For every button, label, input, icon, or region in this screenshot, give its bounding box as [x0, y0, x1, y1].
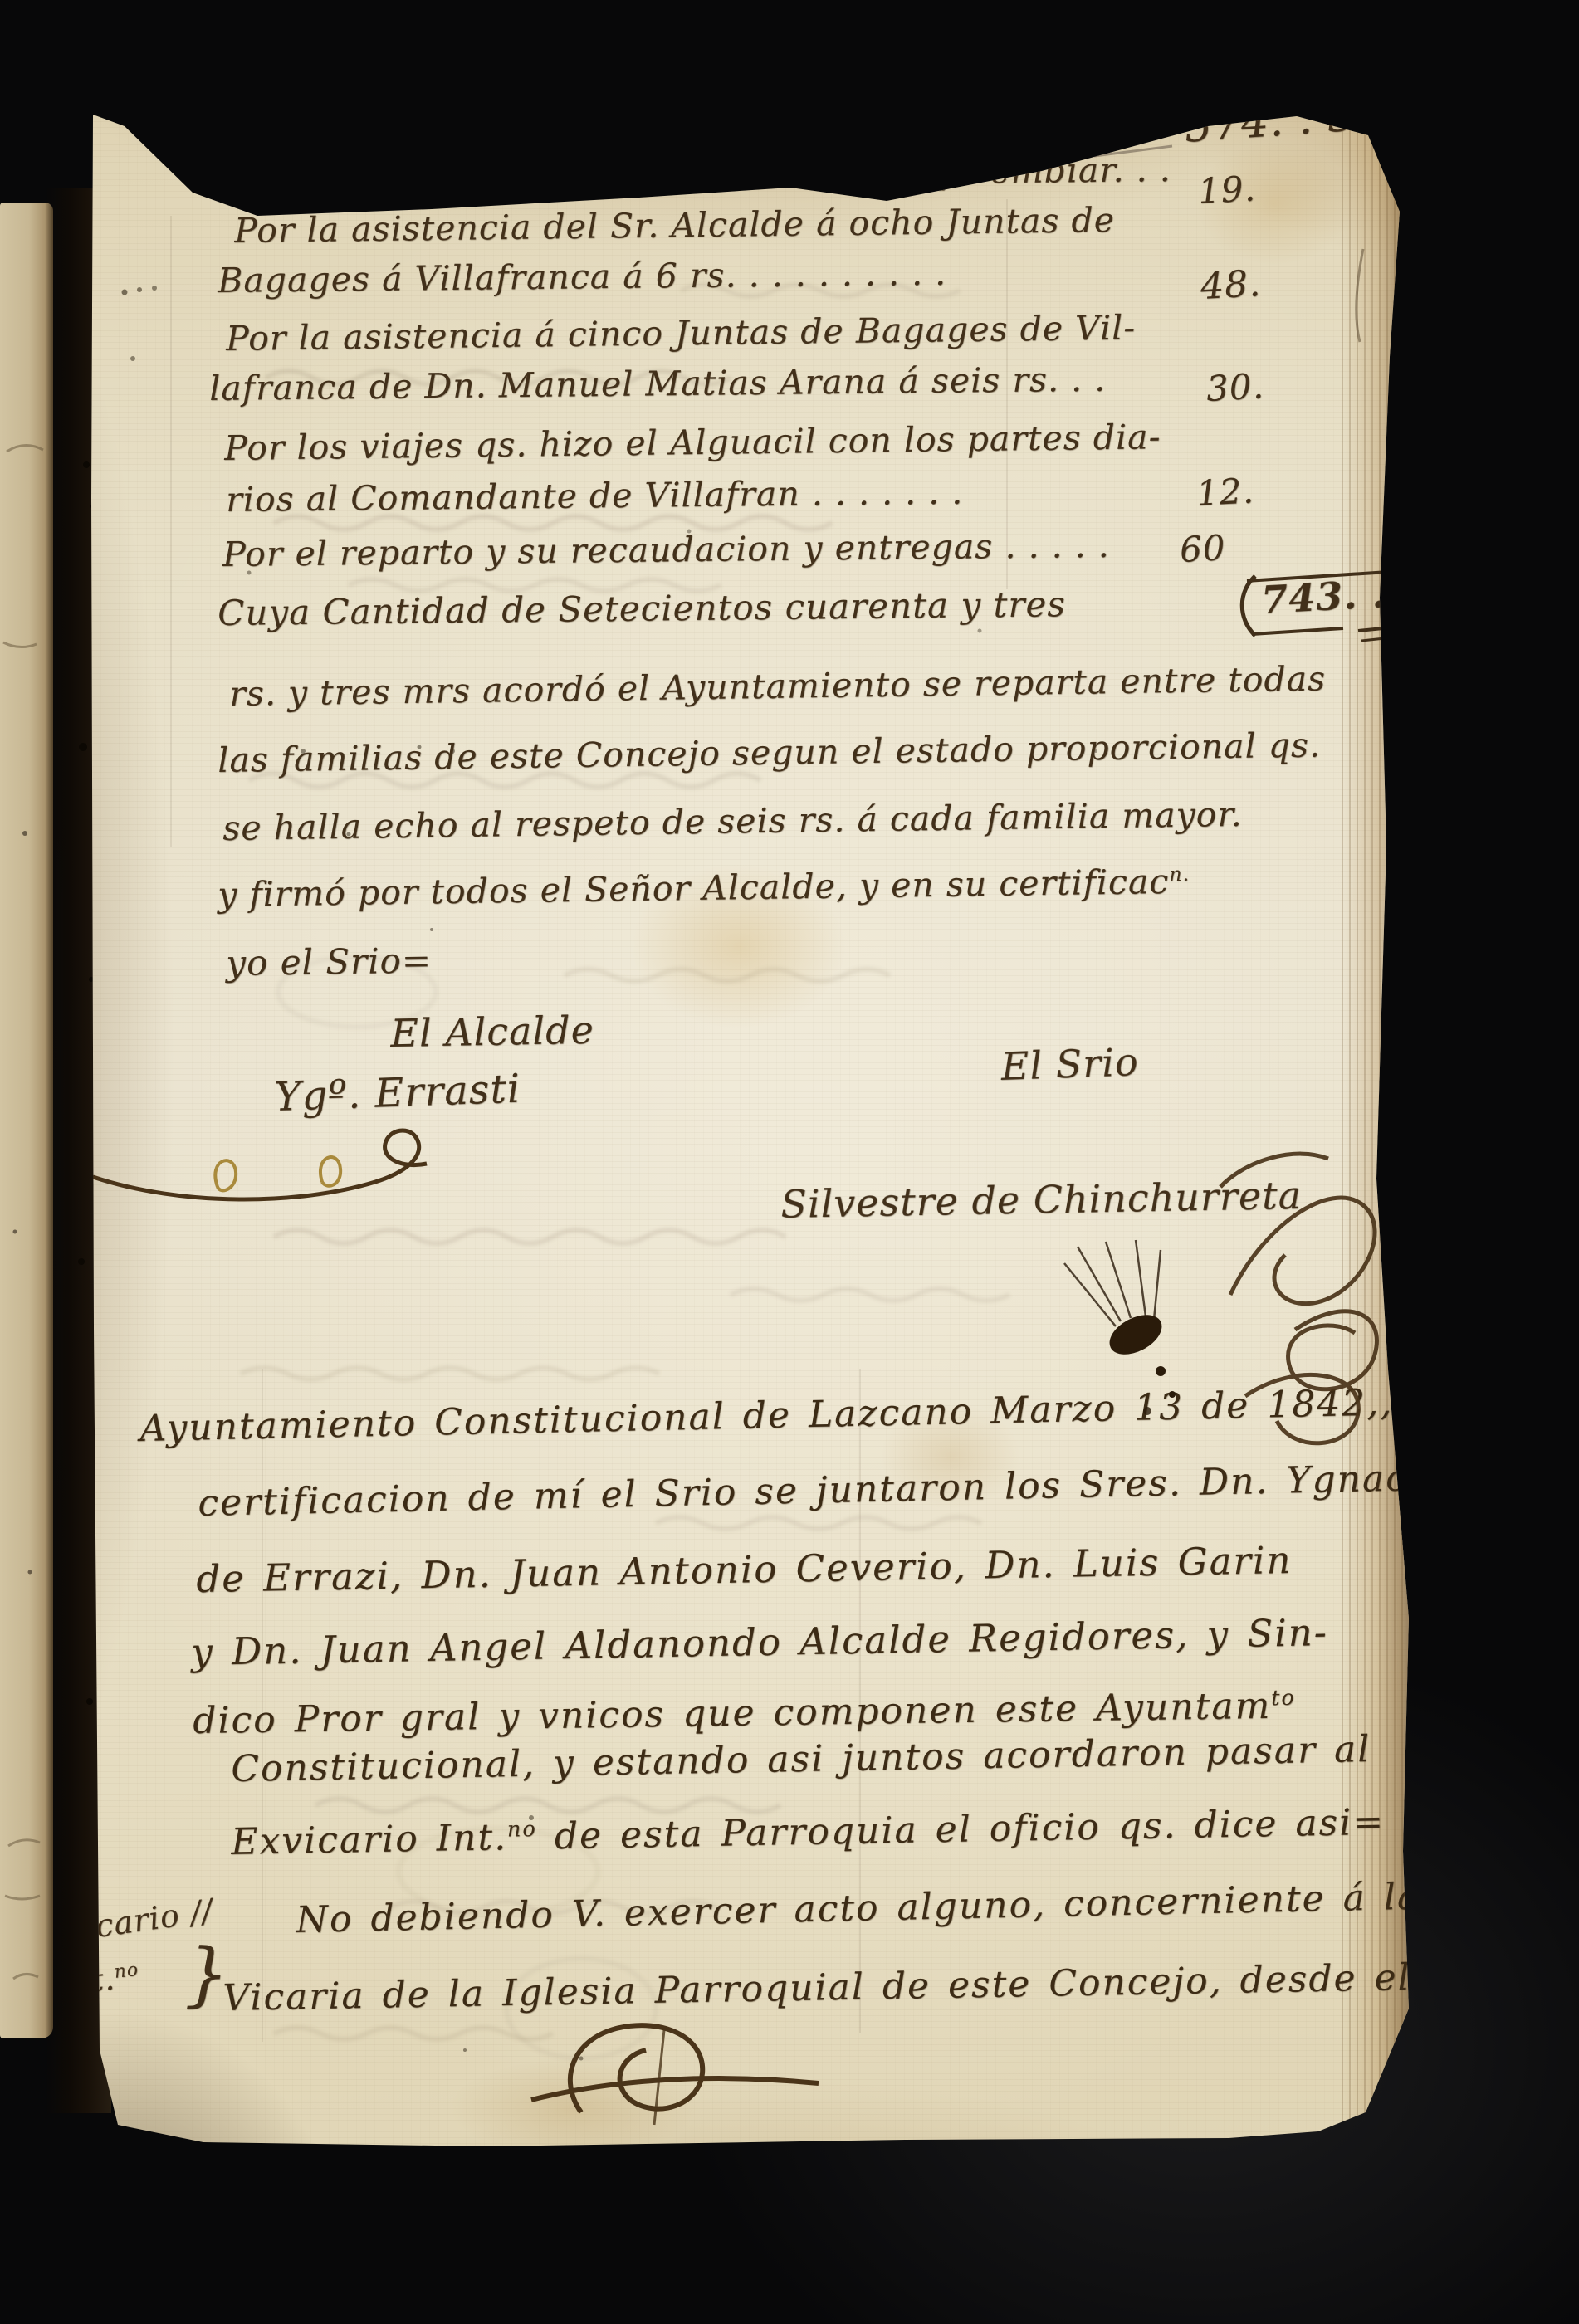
manuscript-page: 157 574. . 3. Por propios que á havido q… — [0, 0, 1579, 2324]
photo-backdrop: 157 574. . 3. Por propios que á havido q… — [0, 0, 1579, 2324]
margin-swash — [1357, 249, 1363, 342]
closing-rubric — [531, 2025, 819, 2125]
secretary-rubric — [1220, 1154, 1376, 1443]
ink-blot — [1064, 1240, 1176, 1415]
ink-flourishes — [0, 0, 1579, 2324]
alcalde-rubric — [93, 1130, 427, 1199]
